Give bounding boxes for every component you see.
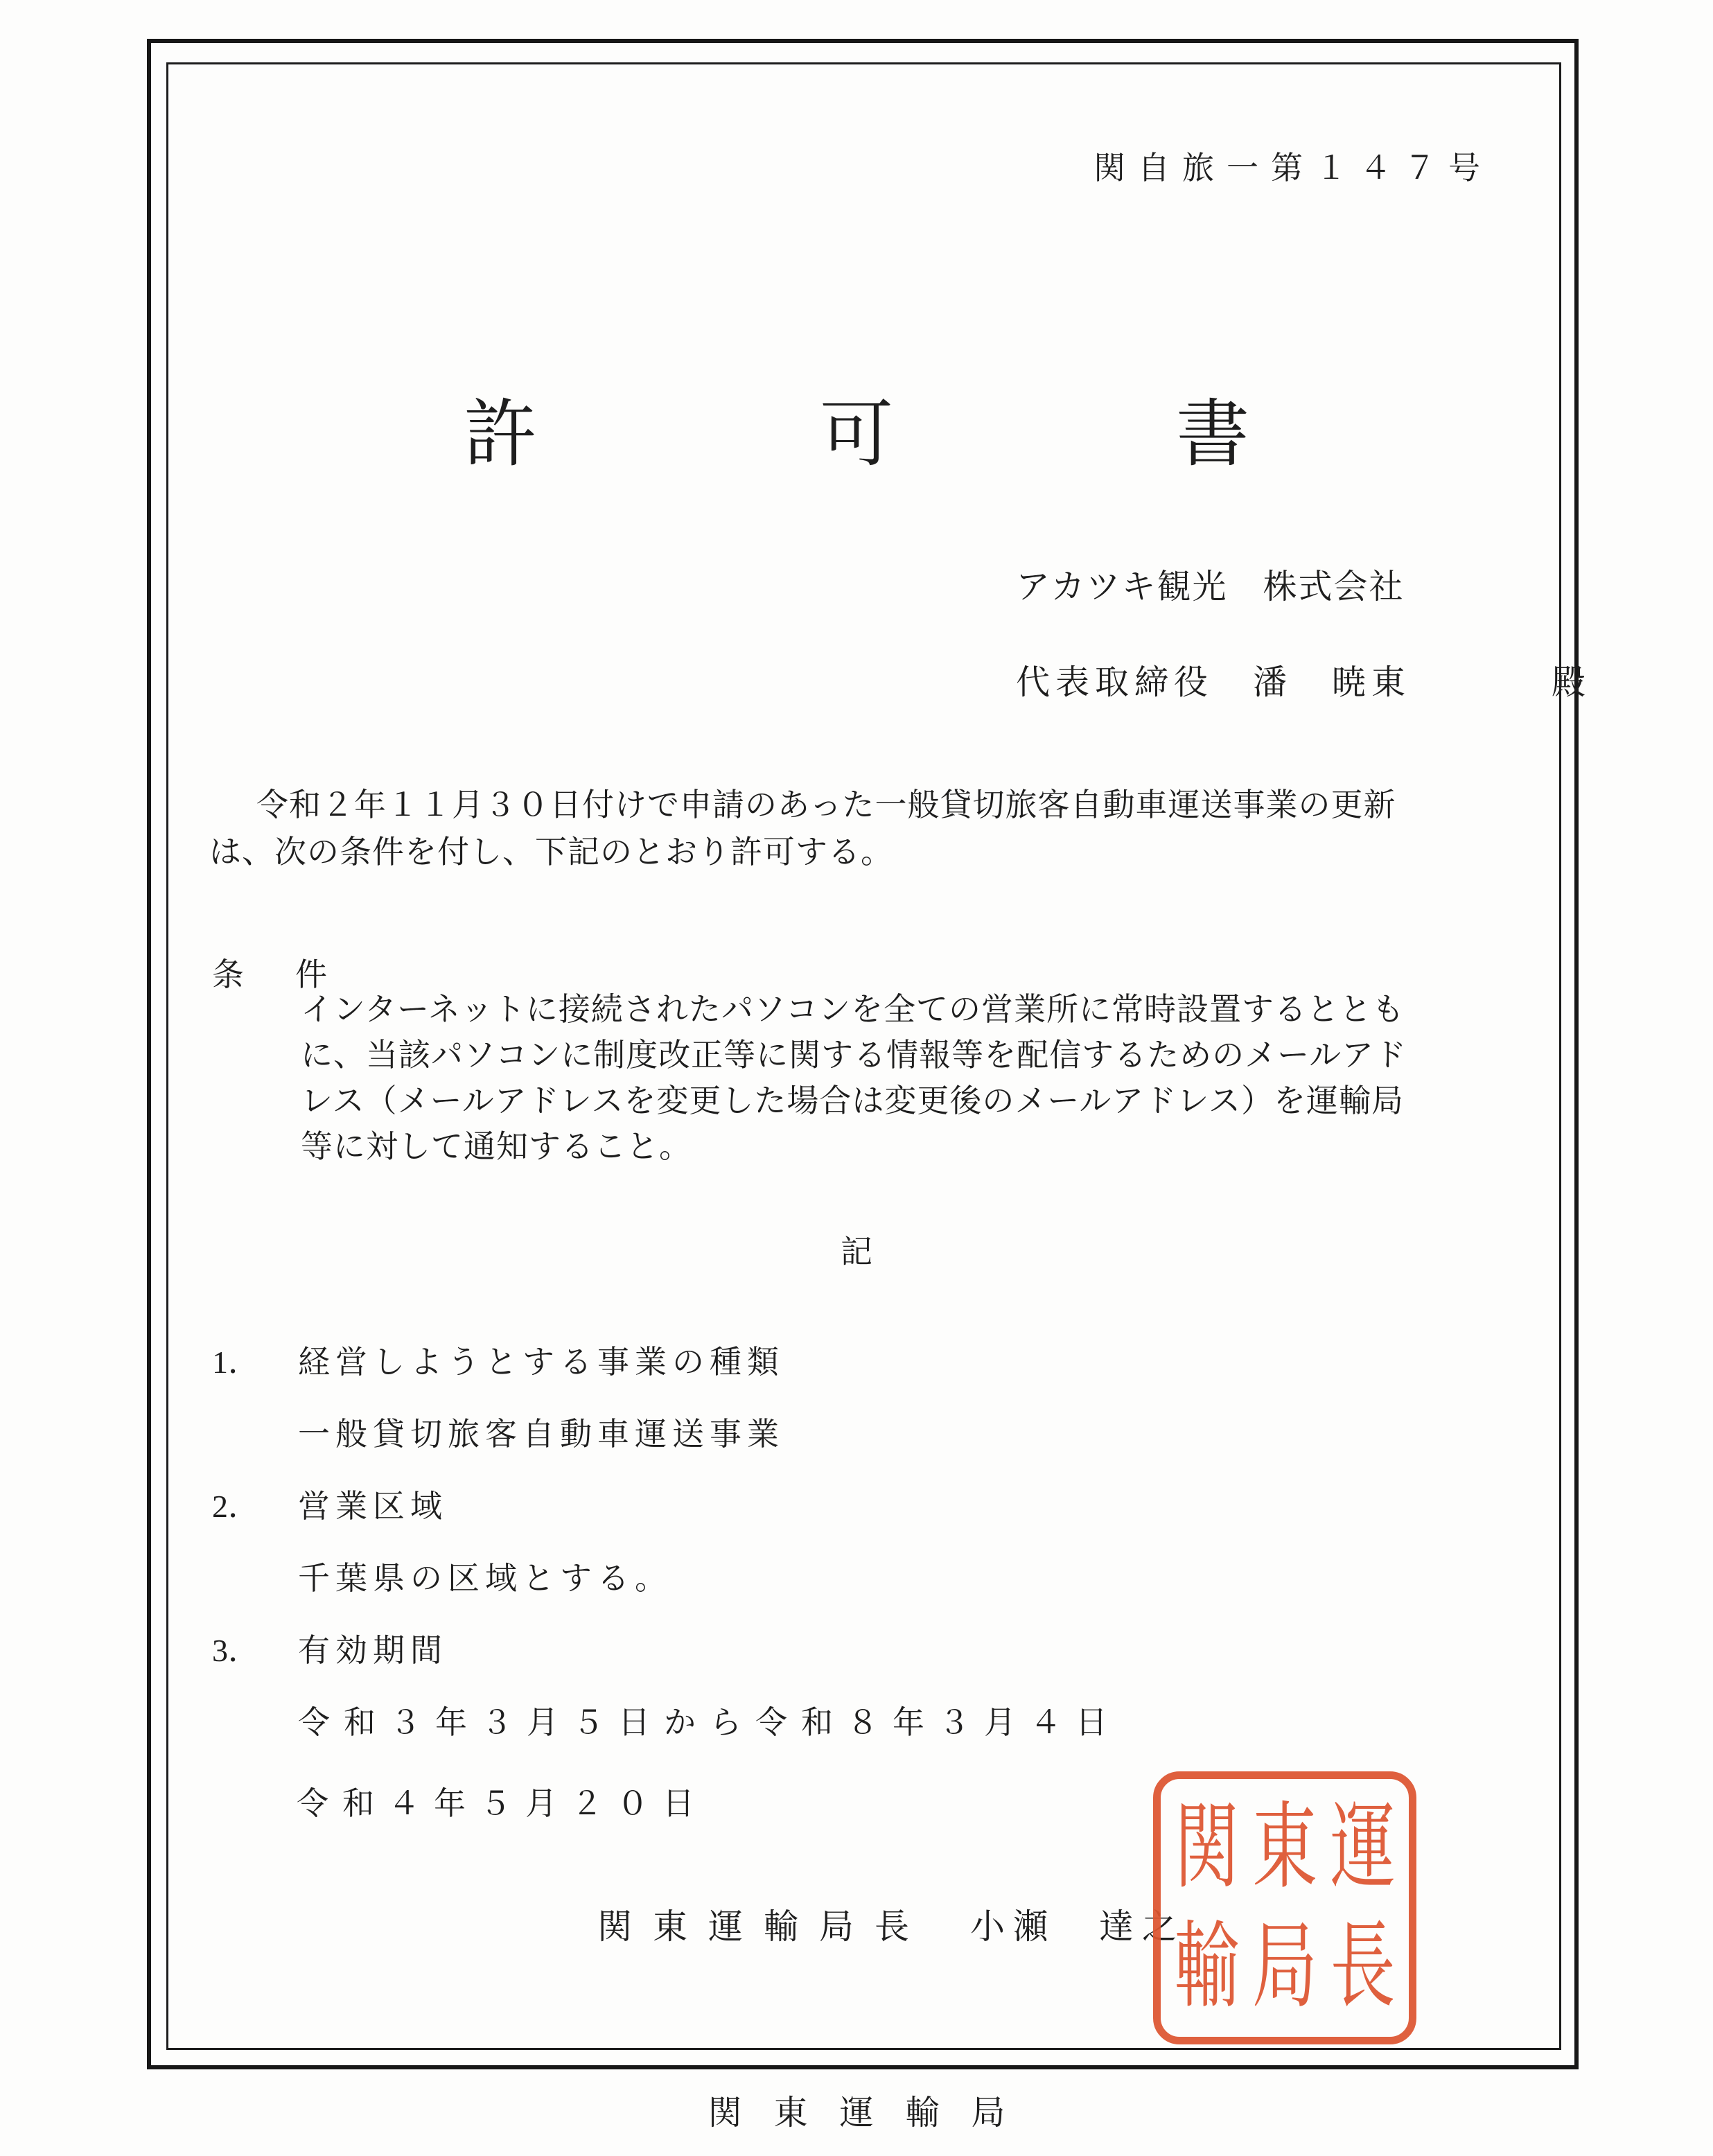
ki-heading: 記 (0, 1227, 1713, 1272)
list-item-3: 3． 有効期間 (212, 1625, 448, 1671)
document-title: 許 可 書 (0, 376, 1713, 481)
list-item-detail: 千葉県の区域とする。 (298, 1553, 672, 1599)
recipient-addressee: 代表取締役 潘 暁東 (1016, 656, 1411, 704)
issue-date: 令和４年５月２０日 (297, 1778, 708, 1824)
list-item-label: 営業区域 (298, 1481, 448, 1527)
list-item-detail: 令和３年３月５日から令和８年３月４日 (298, 1697, 1121, 1743)
list-item-detail: 一般貸切旅客自動車運送事業 (298, 1409, 784, 1455)
footer-organization: 関東運輸局 (0, 2086, 1713, 2135)
list-item-label: 経営しようとする事業の種類 (298, 1337, 784, 1383)
official-seal: 関 東 運 輸 局 長 (1153, 1771, 1416, 2044)
list-item-label: 有効期間 (298, 1625, 448, 1671)
recipient-honorific: 殿 (1552, 656, 1585, 704)
list-item-1: 1． 経営しようとする事業の種類 (212, 1337, 784, 1383)
title-char: 書 (1176, 376, 1249, 481)
seal-character: 長 (1324, 1881, 1402, 2053)
seal-character: 輸 (1168, 1881, 1246, 2053)
recipient-line: 代表取締役 潘 暁東 殿 (1016, 656, 1585, 704)
list-item-2: 2． 営業区域 (212, 1481, 448, 1527)
recipient-company: アカツキ観光 株式会社 (1016, 560, 1405, 608)
title-char: 可 (820, 376, 893, 481)
title-char: 許 (464, 376, 537, 481)
list-item-number: 1． (212, 1337, 298, 1383)
signer-title: 関東運輸局長 (597, 1899, 930, 1949)
document-number: 関自旅一第１４７号 (1093, 143, 1493, 189)
seal-character: 局 (1246, 1881, 1324, 2053)
list-item-number: 2． (212, 1481, 298, 1527)
signature-line: 関東運輸局長 小瀬 達之 (597, 1899, 1185, 1949)
list-item-number: 3． (212, 1625, 298, 1671)
permit-document: 関自旅一第１４７号 許 可 書 アカツキ観光 株式会社 代表取締役 潘 暁東 殿… (0, 0, 1713, 2156)
body-paragraph: 令和２年１１月３０日付けで申請のあった一般貸切旅客自動車運送事業の更新 は、次の… (209, 782, 1464, 876)
conditions-text: インターネットに接続されたパソコンを全ての営業所に常時設置するととも に、当該パ… (301, 987, 1493, 1170)
